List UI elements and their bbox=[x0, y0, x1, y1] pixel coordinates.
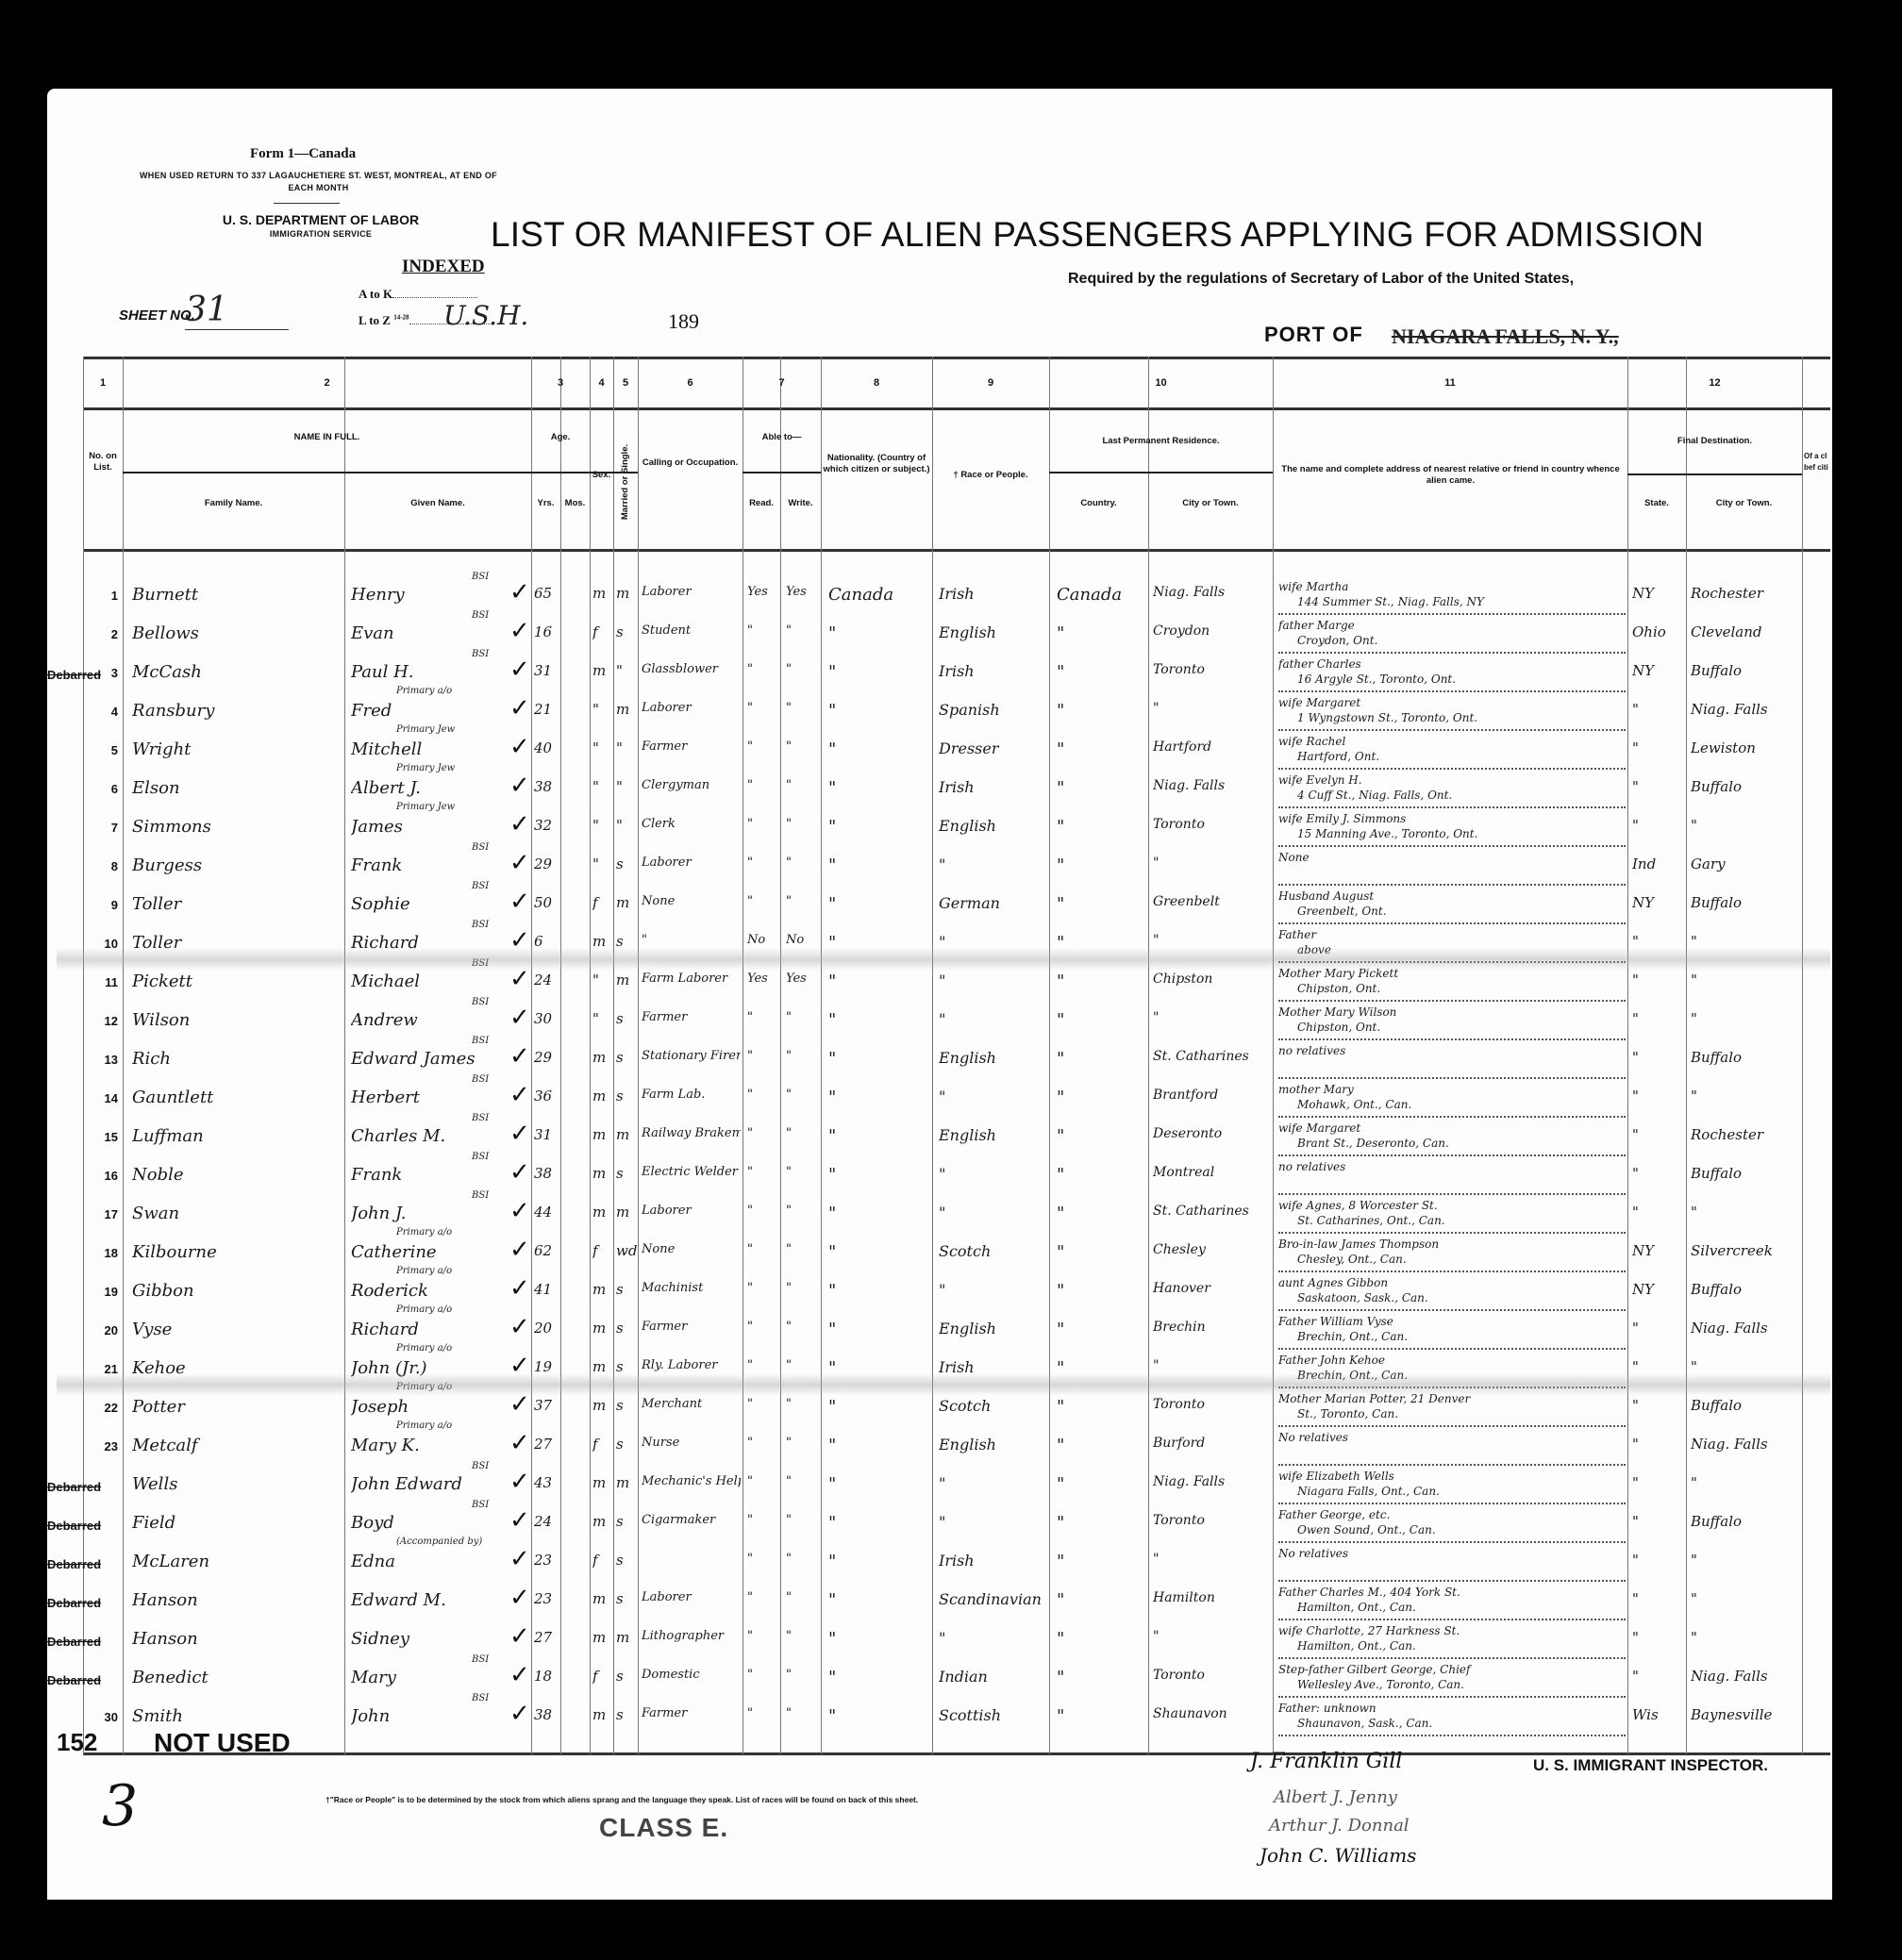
relative-address: wife Martha144 Summer St., Niag. Falls, … bbox=[1278, 579, 1627, 609]
dest-state: " bbox=[1632, 1088, 1684, 1105]
dotted-rule bbox=[1278, 652, 1626, 654]
marital-status: s bbox=[616, 1320, 637, 1337]
city: " bbox=[1153, 1010, 1271, 1025]
country: " bbox=[1057, 1436, 1146, 1455]
relative-address: wife Charlotte, 27 Harkness St.Hamilton,… bbox=[1278, 1623, 1627, 1653]
age-years: 65 bbox=[534, 585, 560, 602]
return-note: WHEN USED RETURN TO 337 LAGAUCHETIERE ST… bbox=[132, 170, 505, 194]
can-read: " bbox=[747, 1204, 779, 1218]
dotted-rule bbox=[1278, 1309, 1626, 1311]
relative-address-line: Shaunavon, Sask., Can. bbox=[1278, 1716, 1627, 1731]
family-name: Gauntlett bbox=[132, 1088, 340, 1107]
class-label: CLASS E. bbox=[599, 1813, 728, 1843]
column-number: 1 bbox=[83, 377, 123, 389]
occupation: Electric Welder Boilermaker bbox=[642, 1165, 741, 1179]
family-name: Metcalf bbox=[132, 1436, 340, 1455]
nationality: " bbox=[828, 1088, 930, 1107]
header-state: State. bbox=[1627, 498, 1686, 509]
sex: m bbox=[592, 1513, 613, 1530]
dotted-rule bbox=[1278, 1735, 1626, 1736]
dotted-rule bbox=[1278, 1503, 1626, 1504]
family-name: Swan bbox=[132, 1204, 340, 1223]
nationality: " bbox=[828, 1049, 930, 1069]
dest-city: Buffalo bbox=[1691, 1165, 1799, 1182]
family-name: McCash bbox=[132, 662, 340, 682]
can-write: " bbox=[786, 1242, 820, 1256]
dest-state: NY bbox=[1632, 662, 1684, 679]
country: " bbox=[1057, 1281, 1146, 1301]
marital-status: s bbox=[616, 623, 637, 640]
race: Dresser bbox=[939, 739, 1047, 757]
city: Niag. Falls bbox=[1153, 585, 1271, 600]
age-years: 62 bbox=[534, 1242, 560, 1259]
country: " bbox=[1057, 1668, 1146, 1687]
given-name: John J. bbox=[351, 1204, 530, 1223]
table-row: Hanson✓Edward M.23msLaborer"""Scandinavi… bbox=[0, 1583, 1902, 1620]
sex: m bbox=[592, 1088, 613, 1105]
dest-city: Baynesville bbox=[1691, 1706, 1799, 1723]
sex: " bbox=[592, 855, 613, 872]
relative-address-line: None bbox=[1278, 850, 1627, 865]
table-row: 23Metcalf✓Primary a/oMary K.27fsNurse"""… bbox=[0, 1428, 1902, 1466]
age-years: 21 bbox=[534, 701, 560, 718]
marital-status: wd bbox=[616, 1242, 637, 1259]
can-read: " bbox=[747, 1126, 779, 1140]
marital-status: s bbox=[616, 1552, 637, 1569]
table-row: McLaren✓(Accompanied by)Edna23fs"""Irish… bbox=[0, 1544, 1902, 1582]
relative-address-line: Brechin, Ont., Can. bbox=[1278, 1329, 1627, 1344]
family-name: Hanson bbox=[132, 1590, 340, 1610]
row-annotation: Primary a/o bbox=[396, 1343, 452, 1354]
race: Irish bbox=[939, 662, 1047, 680]
nationality: " bbox=[828, 1668, 930, 1687]
divider bbox=[274, 203, 340, 204]
given-name: Roderick bbox=[351, 1281, 530, 1301]
debarred-stamp: Debarred bbox=[47, 1557, 101, 1571]
can-read: " bbox=[747, 1474, 779, 1488]
race: Irish bbox=[939, 585, 1047, 603]
can-write: " bbox=[786, 1590, 820, 1604]
relative-address-line: Saskatoon, Sask., Can. bbox=[1278, 1290, 1627, 1305]
inspector-label: U. S. IMMIGRANT INSPECTOR. bbox=[1533, 1756, 1768, 1775]
dotted-rule bbox=[1278, 1696, 1626, 1698]
relative-address-line: 144 Summer St., Niag. Falls, NY bbox=[1278, 594, 1627, 609]
can-write: " bbox=[786, 701, 820, 715]
header-dest-city: City or Town. bbox=[1686, 498, 1802, 509]
relative-address: father Charles16 Argyle St., Toronto, On… bbox=[1278, 656, 1627, 687]
occupation: Domestic bbox=[642, 1668, 741, 1682]
dotted-rule bbox=[1278, 1193, 1626, 1195]
city: " bbox=[1153, 701, 1271, 716]
family-name: McLaren bbox=[132, 1552, 340, 1571]
can-write: " bbox=[786, 1165, 820, 1179]
relative-address-line: Croydon, Ont. bbox=[1278, 633, 1627, 648]
inspector-mark: BSI bbox=[472, 1693, 489, 1703]
handwritten-number: 3 bbox=[102, 1773, 138, 1839]
can-read: " bbox=[747, 1049, 779, 1063]
age-years: 27 bbox=[534, 1436, 560, 1453]
family-name: Vyse bbox=[132, 1320, 340, 1339]
race: " bbox=[939, 855, 1047, 873]
can-write: " bbox=[786, 1668, 820, 1682]
age-years: 31 bbox=[534, 662, 560, 679]
row-number: 30 bbox=[90, 1710, 118, 1724]
nationality: " bbox=[828, 1706, 930, 1726]
given-name: Frank bbox=[351, 1165, 530, 1185]
can-read: " bbox=[747, 1513, 779, 1527]
nationality: " bbox=[828, 855, 930, 875]
marital-status: m bbox=[616, 894, 637, 911]
given-name: Mary K. bbox=[351, 1436, 530, 1455]
family-name: Ransbury bbox=[132, 701, 340, 721]
nationality: " bbox=[828, 1629, 930, 1649]
occupation: Lithographer bbox=[642, 1629, 741, 1643]
row-annotation: Primary Jew bbox=[396, 763, 455, 773]
dest-state: NY bbox=[1632, 585, 1684, 602]
marital-status: " bbox=[616, 662, 637, 679]
relative-address-line: Chesley, Ont., Can. bbox=[1278, 1252, 1627, 1267]
inspector-mark: BSI bbox=[472, 842, 489, 853]
can-write: " bbox=[786, 1513, 820, 1527]
inspector-mark: BSI bbox=[472, 572, 489, 582]
can-read: Yes bbox=[747, 585, 779, 599]
row-number: 5 bbox=[90, 743, 118, 757]
table-row: 4Ransbury✓Primary a/oFred21"mLaborer"""S… bbox=[0, 693, 1902, 731]
page-title: LIST OR MANIFEST OF ALIEN PASSENGERS APP… bbox=[491, 215, 1704, 255]
indexed-label: INDEXED bbox=[402, 257, 485, 277]
age-years: 38 bbox=[534, 1706, 560, 1723]
header-relative: The name and complete address of nearest… bbox=[1278, 464, 1623, 487]
dest-city: Niag. Falls bbox=[1691, 701, 1799, 718]
column-number: 8 bbox=[821, 377, 932, 389]
marital-status: m bbox=[616, 585, 637, 602]
header-name-in-full: NAME IN FULL. bbox=[123, 432, 531, 443]
nationality: " bbox=[828, 1513, 930, 1533]
marital-status: s bbox=[616, 1590, 637, 1607]
relative-address-line: Bro-in-law James Thompson bbox=[1278, 1237, 1627, 1252]
relative-address-line: Niagara Falls, Ont., Can. bbox=[1278, 1484, 1627, 1499]
nationality: " bbox=[828, 662, 930, 682]
dotted-rule bbox=[1278, 1348, 1626, 1350]
family-name: Bellows bbox=[132, 623, 340, 643]
header-last-residence: Last Permanent Residence. bbox=[1049, 436, 1273, 447]
given-name: Michael bbox=[351, 972, 530, 991]
age-years: 31 bbox=[534, 1126, 560, 1143]
relative-address: wife Agnes, 8 Worcester St.St. Catharine… bbox=[1278, 1198, 1627, 1228]
given-name: Catherine bbox=[351, 1242, 530, 1262]
family-name: Wilson bbox=[132, 1010, 340, 1030]
sex: f bbox=[592, 1436, 613, 1453]
occupation: Laborer bbox=[642, 855, 741, 870]
header-married-single: Married or Single. bbox=[620, 440, 631, 524]
country: " bbox=[1057, 1706, 1146, 1726]
can-read: " bbox=[747, 623, 779, 638]
relative-address-line: wife Emily J. Simmons bbox=[1278, 811, 1627, 826]
table-row: 15Luffman✓BSICharles M.31mmRailway Brake… bbox=[0, 1119, 1902, 1156]
occupation: Farmer bbox=[642, 739, 741, 754]
sheet-label: SHEET NO. bbox=[119, 307, 195, 324]
dest-city: Buffalo bbox=[1691, 778, 1799, 795]
can-write: " bbox=[786, 1010, 820, 1024]
occupation: " bbox=[642, 933, 741, 947]
race: Scotch bbox=[939, 1242, 1047, 1260]
country: " bbox=[1057, 1242, 1146, 1262]
family-name: Hanson bbox=[132, 1629, 340, 1649]
dest-city: " bbox=[1691, 1629, 1799, 1646]
occupation: Farm Lab. bbox=[642, 1088, 741, 1102]
given-name: James bbox=[351, 817, 530, 837]
country: " bbox=[1057, 855, 1146, 875]
dest-city: Niag. Falls bbox=[1691, 1668, 1799, 1685]
header-city: City or Town. bbox=[1148, 498, 1273, 509]
can-write: " bbox=[786, 1436, 820, 1450]
sex: f bbox=[592, 1668, 613, 1685]
family-name: Field bbox=[132, 1513, 340, 1533]
relative-address-line: Step-father Gilbert George, Chief bbox=[1278, 1662, 1627, 1677]
nationality: " bbox=[828, 972, 930, 991]
dotted-leader bbox=[392, 297, 477, 298]
dest-city: Buffalo bbox=[1691, 894, 1799, 911]
dest-city: Buffalo bbox=[1691, 662, 1799, 679]
age-years: 20 bbox=[534, 1320, 560, 1337]
can-write: " bbox=[786, 1397, 820, 1411]
country: " bbox=[1057, 623, 1146, 643]
column-number: 7 bbox=[742, 377, 821, 389]
city: Hartford bbox=[1153, 739, 1271, 755]
l-to-z-handwritten: U.S.H. bbox=[443, 300, 528, 331]
dotted-rule bbox=[1278, 845, 1626, 847]
dest-city: " bbox=[1691, 1204, 1799, 1221]
sheet-number: 31 bbox=[185, 291, 289, 330]
given-name: Edward James bbox=[351, 1049, 530, 1069]
relative-address: wife Evelyn H.4 Cuff St., Niag. Falls, O… bbox=[1278, 772, 1627, 803]
age-years: 38 bbox=[534, 778, 560, 795]
relative-address: None bbox=[1278, 850, 1627, 865]
row-annotation: Primary Jew bbox=[396, 802, 455, 812]
occupation: Laborer bbox=[642, 701, 741, 715]
age-years: 38 bbox=[534, 1165, 560, 1182]
debarred-stamp: Debarred bbox=[47, 1673, 101, 1687]
race: Spanish bbox=[939, 701, 1047, 719]
country: Canada bbox=[1057, 585, 1146, 605]
dest-state: " bbox=[1632, 1436, 1684, 1453]
country: " bbox=[1057, 1552, 1146, 1571]
country: " bbox=[1057, 1513, 1146, 1533]
relative-address: wife RachelHartford, Ont. bbox=[1278, 734, 1627, 764]
can-write: " bbox=[786, 1204, 820, 1218]
header-sub-rule bbox=[531, 472, 638, 473]
nationality: " bbox=[828, 1397, 930, 1417]
occupation: Student bbox=[642, 623, 741, 638]
city: Toronto bbox=[1153, 1668, 1271, 1683]
relative-address-line: Owen Sound, Ont., Can. bbox=[1278, 1522, 1627, 1537]
occupation: Laborer bbox=[642, 1590, 741, 1604]
nationality: Canada bbox=[828, 585, 930, 605]
dotted-rule bbox=[1278, 768, 1626, 770]
inspector-mark: BSI bbox=[472, 1190, 489, 1201]
debarred-stamp: Debarred bbox=[47, 1480, 101, 1494]
dotted-rule bbox=[1278, 1116, 1626, 1118]
nationality: " bbox=[828, 739, 930, 759]
country: " bbox=[1057, 1088, 1146, 1107]
sex: m bbox=[592, 1397, 613, 1414]
row-annotation: Primary a/o bbox=[396, 1304, 452, 1315]
sex: f bbox=[592, 894, 613, 911]
sex: m bbox=[592, 1204, 613, 1221]
row-number: 19 bbox=[90, 1285, 118, 1299]
dest-state: " bbox=[1632, 1397, 1684, 1414]
relative-address-line: Hartford, Ont. bbox=[1278, 749, 1627, 764]
relative-address-line: No relatives bbox=[1278, 1430, 1627, 1445]
table-row: 16Noble✓BSIFrank38msElectric Welder Boil… bbox=[0, 1157, 1902, 1195]
family-name: Potter bbox=[132, 1397, 340, 1417]
table-row: 8Burgess✓BSIFrank29"sLaborer""""""NoneIn… bbox=[0, 848, 1902, 886]
header-age: Age. bbox=[531, 432, 590, 443]
sex: m bbox=[592, 1281, 613, 1298]
sex: f bbox=[592, 1242, 613, 1259]
can-read: " bbox=[747, 1706, 779, 1720]
header-calling: Calling or Occupation. bbox=[638, 457, 742, 469]
given-name: Henry bbox=[351, 585, 530, 605]
given-name: Edna bbox=[351, 1552, 530, 1571]
country: " bbox=[1057, 1010, 1146, 1030]
city: Hamilton bbox=[1153, 1590, 1271, 1605]
can-write: " bbox=[786, 1706, 820, 1720]
occupation: Laborer bbox=[642, 585, 741, 599]
dotted-rule bbox=[1278, 1154, 1626, 1156]
city: Hanover bbox=[1153, 1281, 1271, 1296]
occupation: Stationary Fireman bbox=[642, 1049, 741, 1063]
occupation: Railway Brakeman bbox=[642, 1126, 741, 1140]
dest-city: Niag. Falls bbox=[1691, 1320, 1799, 1337]
can-read: " bbox=[747, 662, 779, 676]
table-row: 12Wilson✓BSIAndrew30"sFarmer""""""Mother… bbox=[0, 1003, 1902, 1040]
family-name: Wright bbox=[132, 739, 340, 759]
given-name: Albert J. bbox=[351, 778, 530, 798]
country: " bbox=[1057, 1126, 1146, 1146]
column-number: 10 bbox=[1049, 377, 1273, 389]
dotted-rule bbox=[1278, 1038, 1626, 1040]
header-write: Write. bbox=[780, 498, 821, 509]
row-number: 13 bbox=[90, 1053, 118, 1067]
column-number: 5 bbox=[613, 377, 638, 389]
dest-city: Buffalo bbox=[1691, 1281, 1799, 1298]
table-row: 6Elson✓Primary JewAlbert J.38""Clergyman… bbox=[0, 771, 1902, 808]
nationality: " bbox=[828, 817, 930, 837]
age-years: 37 bbox=[534, 1397, 560, 1414]
sex: m bbox=[592, 1165, 613, 1182]
header-mos: Mos. bbox=[560, 498, 590, 509]
can-read: No bbox=[747, 933, 779, 947]
given-name: Richard bbox=[351, 1320, 530, 1339]
occupation: Laborer bbox=[642, 1204, 741, 1218]
race: " bbox=[939, 1204, 1047, 1221]
marital-status: m bbox=[616, 1204, 637, 1221]
city: St. Catharines bbox=[1153, 1204, 1271, 1219]
occupation: Farm Laborer bbox=[642, 972, 741, 986]
nationality: " bbox=[828, 1436, 930, 1455]
race: " bbox=[939, 1474, 1047, 1492]
row-number: 14 bbox=[90, 1091, 118, 1105]
given-name: Frank bbox=[351, 855, 530, 875]
table-row: Wells✓BSIJohn Edward43mmMechanic's Helpe… bbox=[0, 1467, 1902, 1504]
country: " bbox=[1057, 1590, 1146, 1610]
marital-status: s bbox=[616, 1088, 637, 1105]
city: Croydon bbox=[1153, 623, 1271, 639]
race: Irish bbox=[939, 778, 1047, 796]
inspector-mark: BSI bbox=[472, 1461, 489, 1471]
can-write: " bbox=[786, 1629, 820, 1643]
sex: m bbox=[592, 1126, 613, 1143]
row-number: 18 bbox=[90, 1246, 118, 1260]
family-name: Noble bbox=[132, 1165, 340, 1185]
sex: " bbox=[592, 817, 613, 834]
header-sub-rule bbox=[1049, 472, 1273, 473]
row-number: 6 bbox=[90, 782, 118, 796]
country: " bbox=[1057, 778, 1146, 798]
header-read: Read. bbox=[742, 498, 780, 509]
can-read: " bbox=[747, 855, 779, 870]
relative-address-line: wife Margaret bbox=[1278, 695, 1627, 710]
marital-status: s bbox=[616, 1513, 637, 1530]
inspector-mark: BSI bbox=[472, 1113, 489, 1123]
occupation: Farmer bbox=[642, 1010, 741, 1024]
can-read: " bbox=[747, 739, 779, 754]
not-used-number: 152 bbox=[57, 1728, 97, 1757]
race: English bbox=[939, 1436, 1047, 1453]
row-number: 8 bbox=[90, 859, 118, 873]
can-write: " bbox=[786, 1358, 820, 1372]
dest-state: " bbox=[1632, 1320, 1684, 1337]
nationality: " bbox=[828, 1552, 930, 1571]
row-number: 22 bbox=[90, 1401, 118, 1415]
sex: f bbox=[592, 623, 613, 640]
can-read: " bbox=[747, 1629, 779, 1643]
not-used-stamp: NOT USED bbox=[154, 1728, 291, 1758]
race: English bbox=[939, 1320, 1047, 1337]
column-number: 9 bbox=[932, 377, 1049, 389]
table-row: 9Toller✓BSISophie50fmNone"""German"Green… bbox=[0, 887, 1902, 924]
row-annotation: Primary a/o bbox=[396, 686, 452, 696]
dotted-rule bbox=[1278, 922, 1626, 924]
subtitle: Required by the regulations of Secretary… bbox=[1068, 271, 1574, 288]
relative-address: aunt Agnes GibbonSaskatoon, Sask., Can. bbox=[1278, 1275, 1627, 1305]
country: " bbox=[1057, 662, 1146, 682]
signature: Arthur J. Donnal bbox=[1269, 1816, 1410, 1835]
can-read: " bbox=[747, 1552, 779, 1566]
dest-city: " bbox=[1691, 1010, 1799, 1027]
relative-address-line: no relatives bbox=[1278, 1043, 1627, 1058]
country: " bbox=[1057, 739, 1146, 759]
can-read: " bbox=[747, 894, 779, 908]
relative-address: no relatives bbox=[1278, 1043, 1627, 1058]
dest-state: " bbox=[1632, 778, 1684, 795]
country: " bbox=[1057, 972, 1146, 991]
city: Montreal bbox=[1153, 1165, 1271, 1180]
family-name: Toller bbox=[132, 894, 340, 914]
service-name: IMMIGRATION SERVICE bbox=[203, 229, 439, 239]
can-write: " bbox=[786, 623, 820, 638]
relative-address-line: Father George, etc. bbox=[1278, 1507, 1627, 1522]
relative-address: Father George, etc.Owen Sound, Ont., Can… bbox=[1278, 1507, 1627, 1537]
relative-address: wife Margaret1 Wyngstown St., Toronto, O… bbox=[1278, 695, 1627, 725]
row-number: 2 bbox=[90, 627, 118, 641]
inspector-mark: BSI bbox=[472, 1500, 489, 1510]
relative-address-line: no relatives bbox=[1278, 1159, 1627, 1174]
marital-status: " bbox=[616, 778, 637, 795]
table-row: 3McCash✓BSIPaul H.31m"Glassblower"""Iris… bbox=[0, 655, 1902, 692]
can-read: " bbox=[747, 817, 779, 831]
